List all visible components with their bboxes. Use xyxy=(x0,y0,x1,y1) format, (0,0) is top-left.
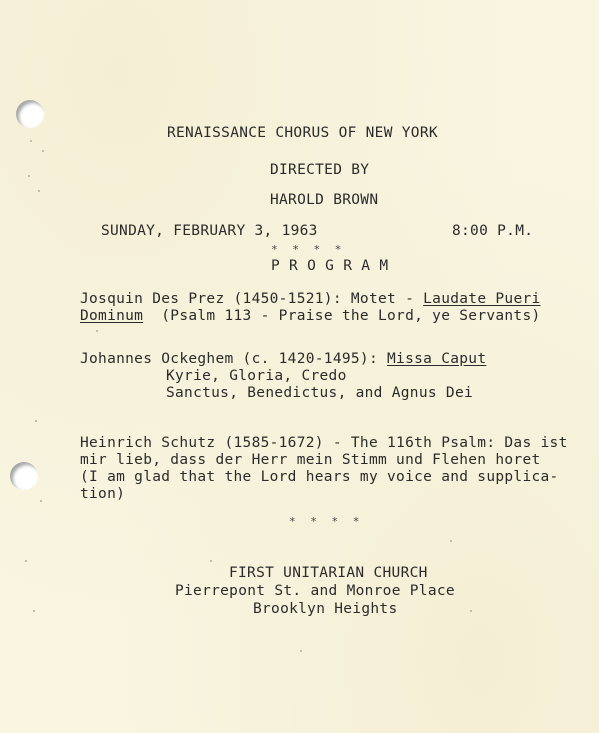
paper-speck xyxy=(300,650,302,652)
program-page: RENAISSANCE CHORUS OF NEW YORK DIRECTED … xyxy=(0,0,599,733)
directed-by-label: DIRECTED BY xyxy=(270,162,369,179)
event-time: 8:00 P.M. xyxy=(452,223,533,240)
paper-speck xyxy=(28,175,30,177)
work-description: (Psalm 113 - Praise the Lord, ye Servant… xyxy=(143,308,540,324)
punch-hole xyxy=(16,100,44,128)
composer-work-text: Josquin Des Prez (1450-1521): Motet - xyxy=(80,291,423,307)
paper-speck xyxy=(450,540,452,542)
punch-hole xyxy=(10,462,38,490)
composer-work-text: Johannes Ockeghem (c. 1420-1495): xyxy=(80,351,387,367)
program-heading: P R O G R A M xyxy=(271,258,388,275)
paper-speck xyxy=(38,190,40,192)
paper-speck xyxy=(25,560,27,562)
paper-speck xyxy=(30,140,32,142)
paper-speck xyxy=(35,420,37,422)
work-title: Missa Caput xyxy=(387,351,486,367)
mass-movements-2: Sanctus, Benedictus, and Agnus Dei xyxy=(166,385,473,402)
program-item-schutz-line2: mir lieb, dass der Herr mein Stimm und F… xyxy=(80,452,541,469)
venue-address: Pierrepont St. and Monroe Place xyxy=(175,583,455,600)
organization-name: RENAISSANCE CHORUS OF NEW YORK xyxy=(167,125,438,142)
paper-speck xyxy=(210,560,212,562)
program-item-schutz-line1: Heinrich Schutz (1585-1672) - The 116th … xyxy=(80,435,568,452)
paper-speck xyxy=(33,610,35,612)
venue-neighborhood: Brooklyn Heights xyxy=(253,601,397,618)
program-item-ockeghem: Johannes Ockeghem (c. 1420-1495): Missa … xyxy=(80,351,486,368)
paper-speck xyxy=(40,500,42,502)
paper-speck xyxy=(96,330,98,332)
footer-separator-stars: * * * * xyxy=(289,515,363,528)
program-item-schutz-line3: (I am glad that the Lord hears my voice … xyxy=(80,469,559,486)
paper-speck xyxy=(520,300,522,302)
program-item-schutz-line4: tion) xyxy=(80,486,125,503)
work-title-cont: Dominum xyxy=(80,308,143,324)
event-date: SUNDAY, FEBRUARY 3, 1963 xyxy=(101,223,318,240)
director-name: HAROLD BROWN xyxy=(270,192,378,209)
separator-stars: * * * * xyxy=(271,243,345,256)
program-item-josquin-line1: Josquin Des Prez (1450-1521): Motet - La… xyxy=(80,291,541,308)
paper-speck xyxy=(470,610,472,612)
paper-speck xyxy=(42,150,44,152)
venue-name: FIRST UNITARIAN CHURCH xyxy=(229,565,428,582)
work-title: Laudate Pueri xyxy=(423,291,540,307)
program-item-josquin-line2: Dominum (Psalm 113 - Praise the Lord, ye… xyxy=(80,308,541,325)
mass-movements-1: Kyrie, Gloria, Credo xyxy=(166,368,347,385)
